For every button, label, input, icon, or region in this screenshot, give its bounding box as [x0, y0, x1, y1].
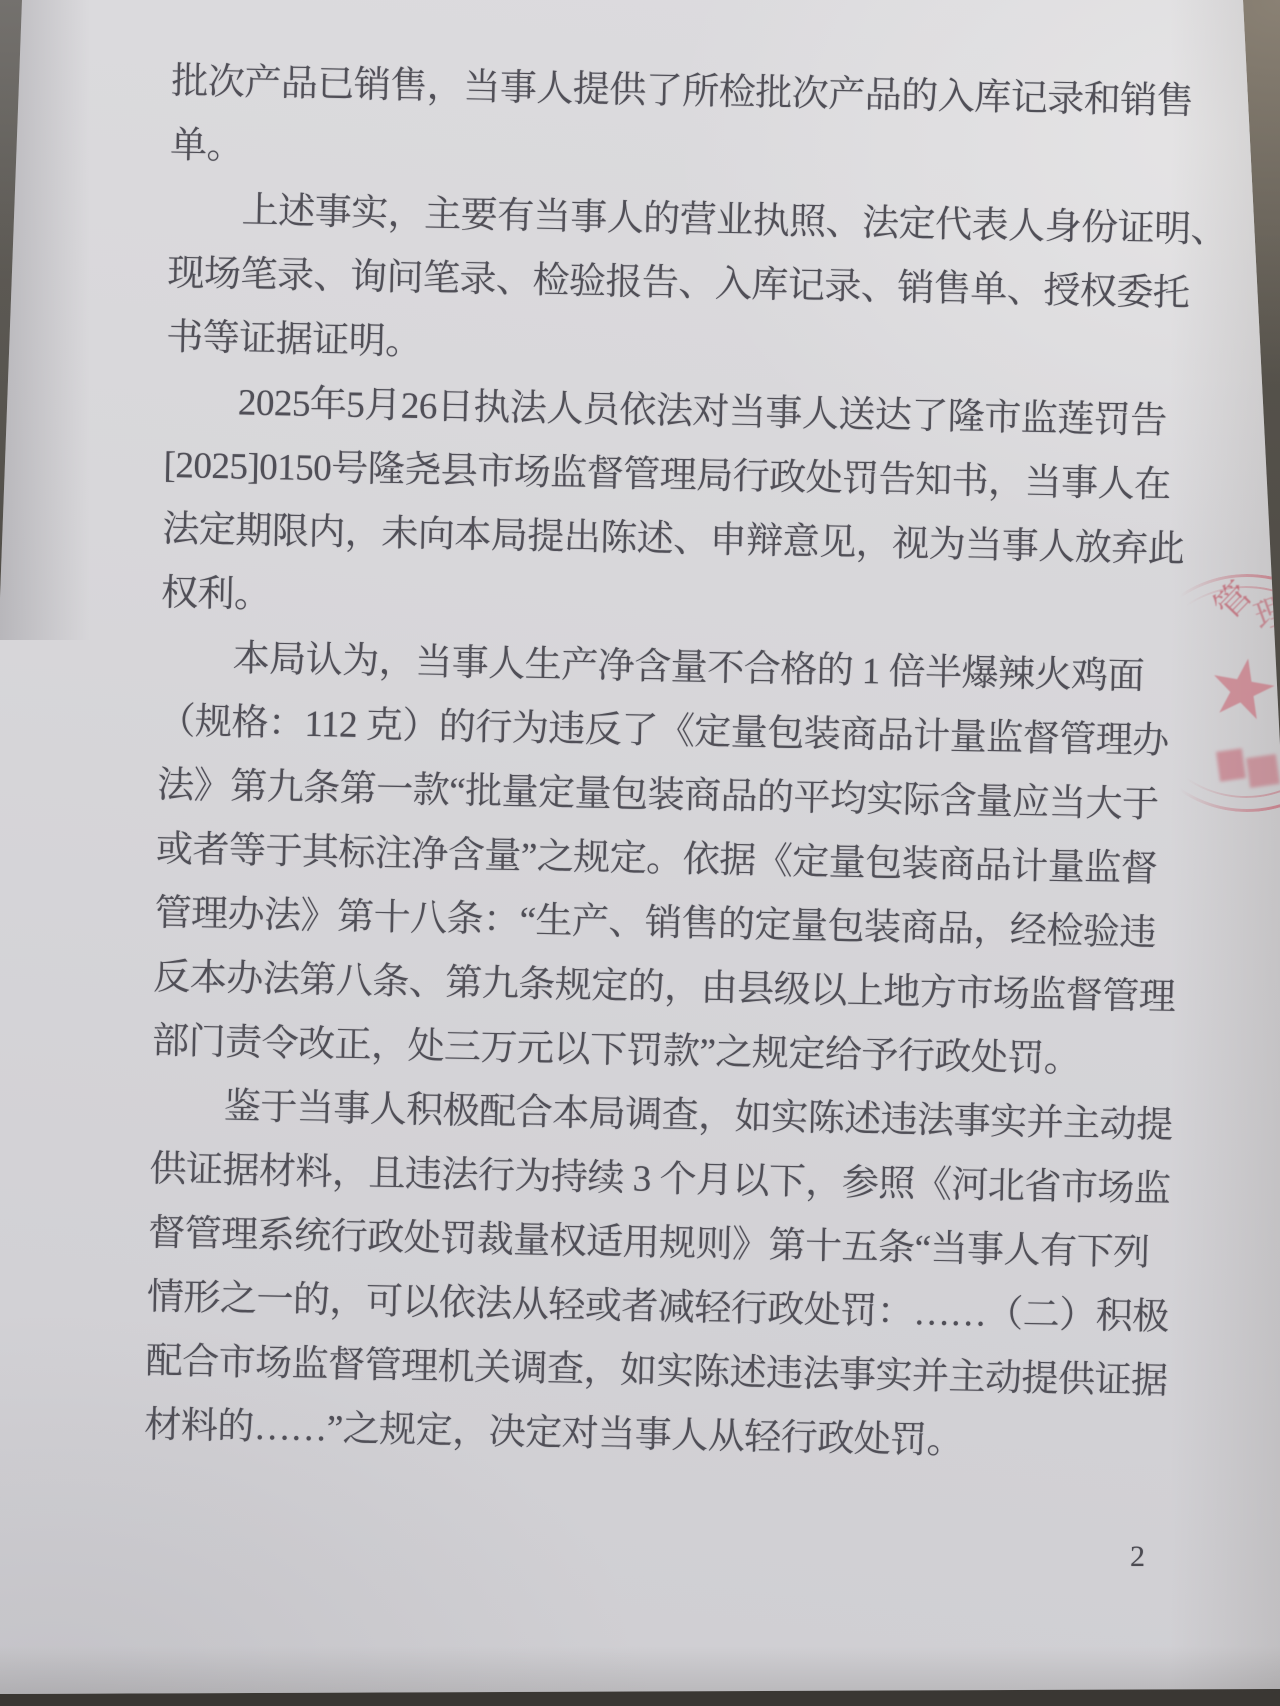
paper-sheet: 批次产品已销售，当事人提供了所检批次产品的入库记录和销售 单。 上述事实，主要有… [0, 0, 1280, 1706]
document-body: 批次产品已销售，当事人提供了所检批次产品的入库记录和销售 单。 上述事实，主要有… [144, 50, 1272, 1480]
page-number: 2 [1130, 1540, 1145, 1574]
